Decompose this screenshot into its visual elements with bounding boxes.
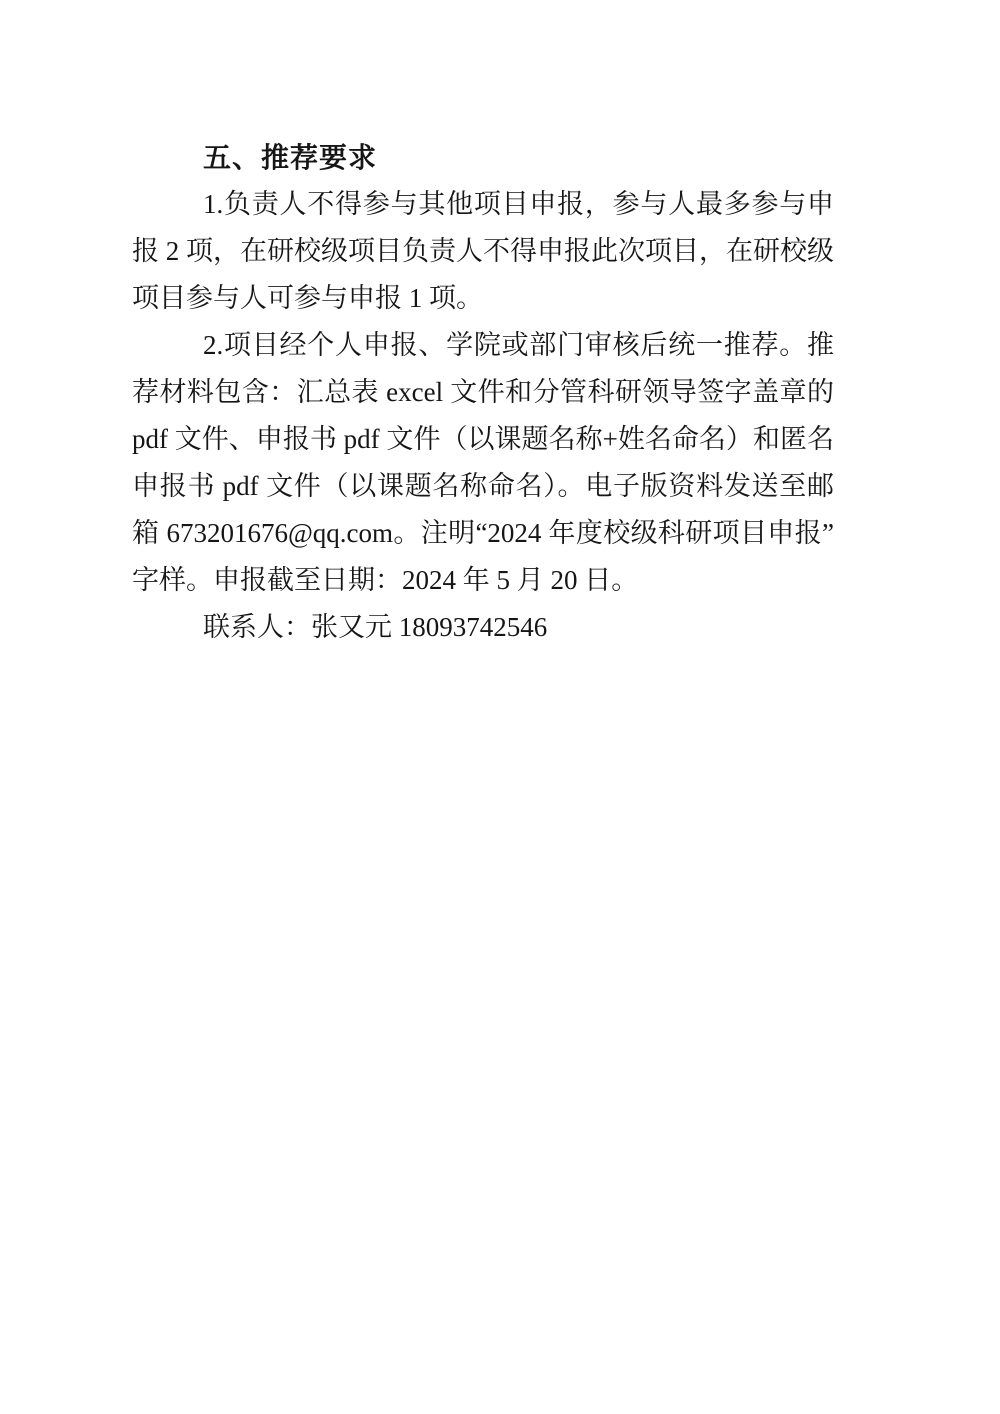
paragraph-requirement-2: 2.项目经个人申报、学院或部门审核后统一推荐。推荐材料包含：汇总表 excel … (132, 322, 834, 604)
paragraph-requirement-1: 1.负责人不得参与其他项目申报，参与人最多参与申报 2 项，在研校级项目负责人不… (132, 181, 834, 322)
section-heading: 五、推荐要求 (132, 134, 834, 181)
document-page: 五、推荐要求 1.负责人不得参与其他项目申报，参与人最多参与申报 2 项，在研校… (0, 0, 1000, 1414)
contact-line: 联系人：张又元 18093742546 (132, 604, 834, 651)
